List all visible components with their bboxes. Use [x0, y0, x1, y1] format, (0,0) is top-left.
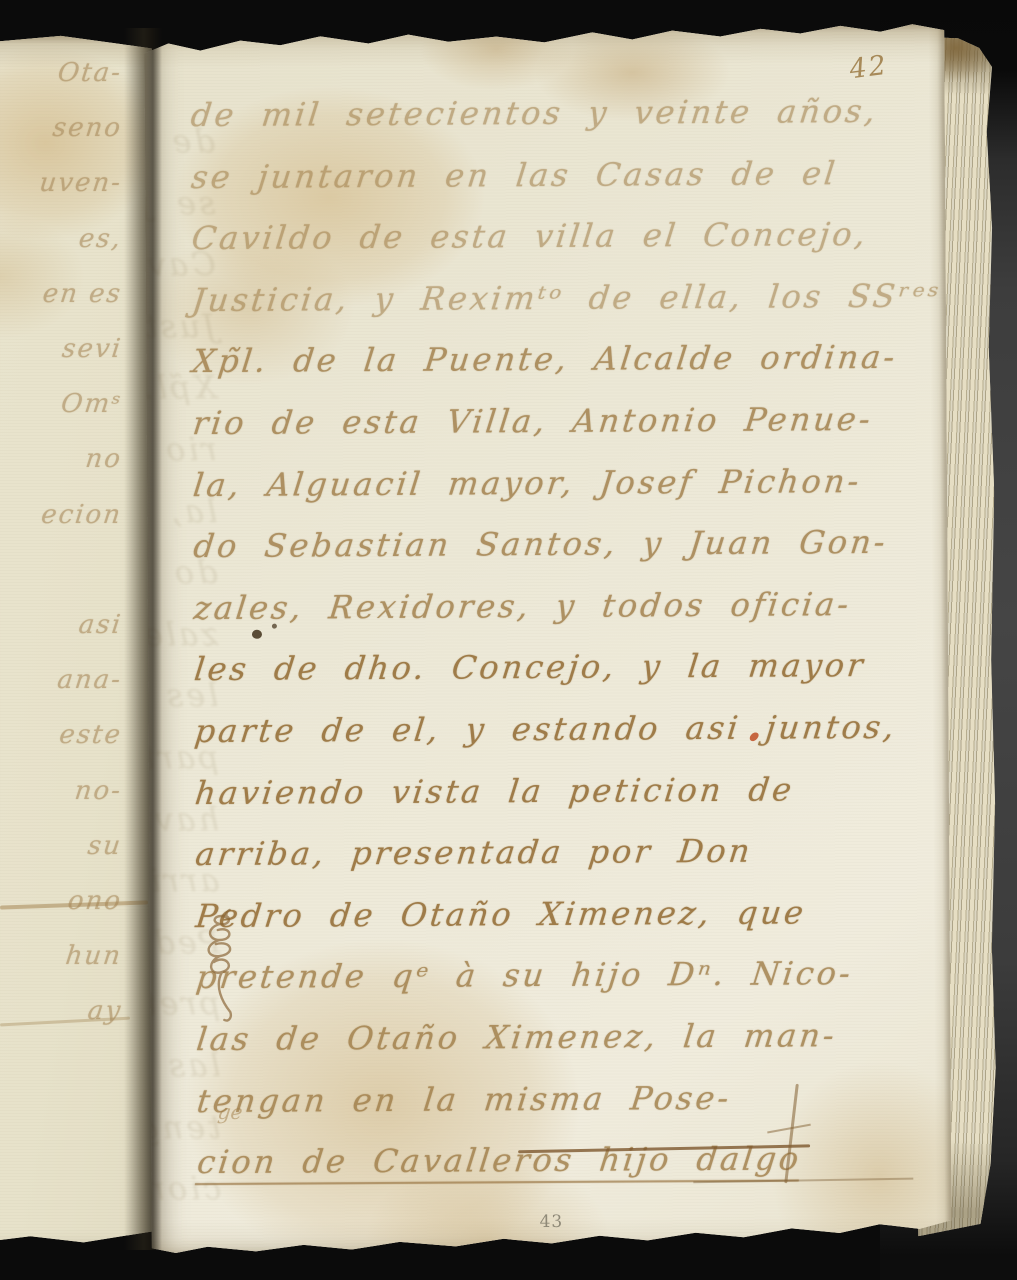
manuscript-line: tengan en la misma Pose-: [195, 1078, 734, 1119]
manuscript-line-bleedthrough: cion de Cavalleros hijo dalgo: [144, 1169, 221, 1211]
manuscript-line: rio de esta Villa, Antonio Penue-: [191, 400, 875, 442]
manuscript-line: pretende qᵉ à su hijo Dⁿ. Nico-: [194, 955, 855, 997]
left-page-fragment: Omˢ: [0, 389, 154, 419]
page-number-bottom: 43: [540, 1212, 564, 1232]
manuscript-line: Pedro de Otaño Ximenez, que: [194, 893, 809, 935]
left-page-fragment: este: [0, 720, 154, 750]
left-page-fragment: asi: [0, 610, 154, 640]
left-page-fragment: ana-: [0, 665, 154, 695]
ink-blot: [252, 630, 262, 639]
left-page-fragment: es,: [0, 224, 154, 254]
left-page-fragment: no-: [0, 776, 154, 806]
manuscript-line: de mil setecientos y veinte años,: [189, 92, 880, 134]
manuscript-line: la, Alguacil mayor, Josef Pichon-: [191, 462, 863, 504]
manuscript-line: Xp̃l. de la Puente, Alcalde ordina-: [190, 338, 899, 380]
manuscript-line: les de dho. Concejo, y la mayor: [192, 646, 867, 688]
interlinear-insertion: ge: [216, 1100, 243, 1124]
left-page-fragment: en es: [0, 279, 154, 309]
left-page-fragment: ecion: [0, 500, 154, 530]
manuscript-lines: de mil setecientos y veinte años,de mil …: [188, 56, 947, 1241]
manuscript-line: las de Otaño Ximenez, la man-: [195, 1016, 840, 1058]
manuscript-page: 42 de mil setecientos y veinte años,de m…: [144, 22, 951, 1255]
manuscript-line: Justicia, y Reximᵗᵒ de ella, los SSʳᵉˢ: [190, 276, 943, 319]
margin-scribble-icon: [196, 908, 249, 1026]
left-page-fragments: Ota-senouven-es,en esseviOmˢnoecionasian…: [0, 34, 152, 1246]
left-page-fragment: su: [0, 831, 154, 861]
left-page-fragment: hun: [0, 941, 154, 971]
photo-frame: Ota-senouven-es,en esseviOmˢnoecionasian…: [0, 0, 1017, 1280]
manuscript-line: se juntaron en las Casas de el: [189, 154, 839, 196]
left-page-fragment: uven-: [0, 168, 154, 198]
left-page-fragment: seno: [0, 113, 154, 143]
manuscript-line: haviendo vista la peticion de: [193, 770, 796, 812]
manuscript-line: do Sebastian Santos, y Juan Gon-: [192, 523, 890, 565]
left-page-fragment: no: [0, 444, 154, 474]
manuscript-line: Cavildo de esta villa el Concejo,: [190, 215, 870, 257]
manuscript-line: arriba, presentada por Don: [193, 832, 754, 873]
left-page-fragment: Ota-: [0, 58, 154, 88]
left-page: Ota-senouven-es,en esseviOmˢnoecionasian…: [0, 34, 152, 1246]
left-page-fragment: sevi: [0, 334, 154, 364]
manuscript-line: zales, Rexidores, y todos oficia-: [192, 585, 853, 627]
ink-blot: [272, 624, 277, 629]
manuscript-line: parte de el, y estando asi juntos,: [193, 708, 899, 750]
